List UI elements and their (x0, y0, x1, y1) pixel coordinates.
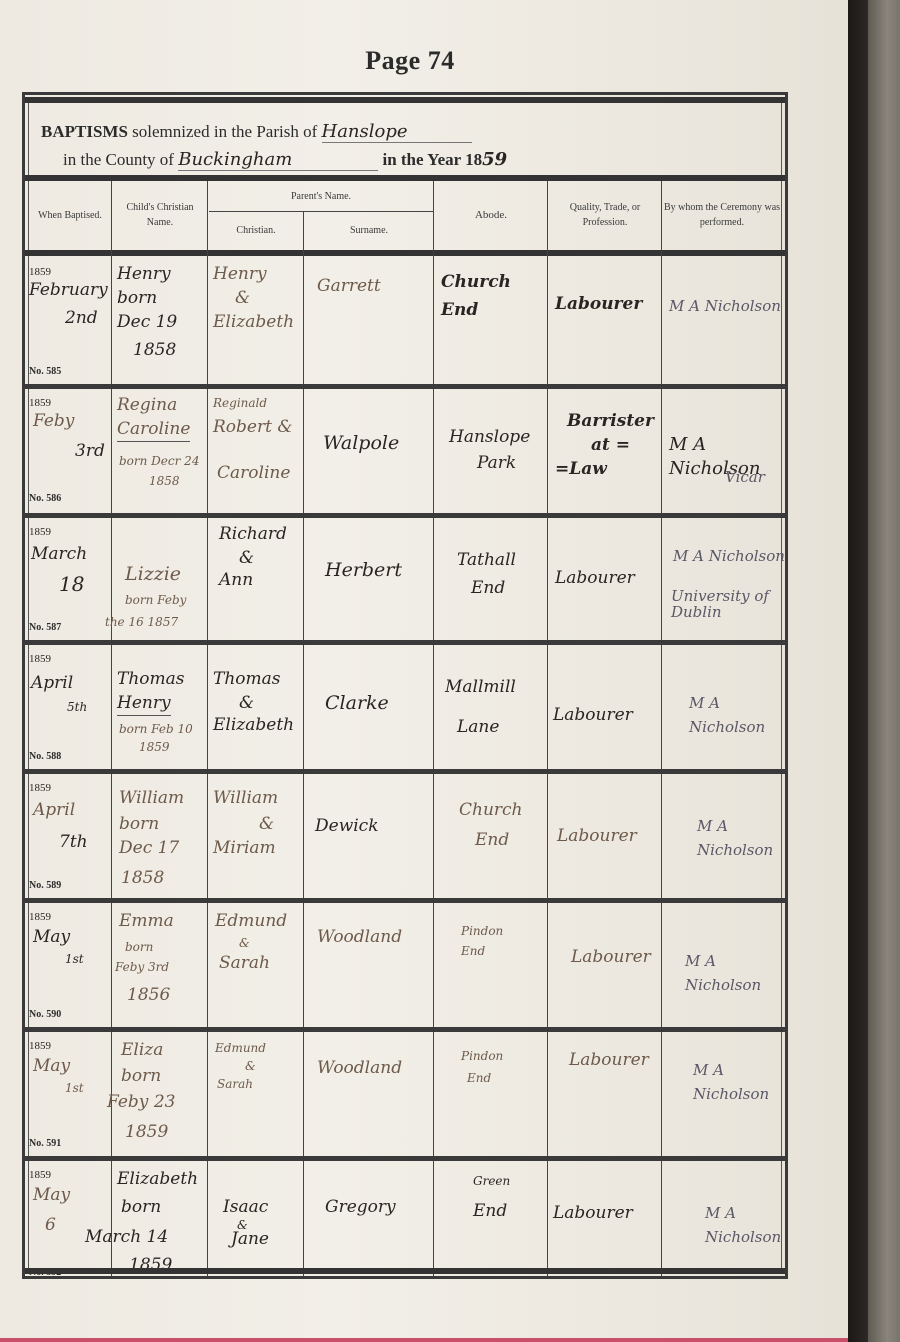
register-entry: 1859 April 5th No. 588 Thomas Henry born… (25, 645, 785, 769)
abode-line-2: End (467, 1070, 491, 1086)
entry-number: No. 590 (29, 1009, 61, 1020)
child-born: born (125, 939, 153, 955)
child-name: Emma (119, 909, 174, 933)
parent-surname: Walpole (323, 431, 399, 455)
header-parents-surname: Surname. (305, 213, 433, 247)
baptisms-heading: BAPTISMS (41, 122, 128, 141)
entry-year: 1859 (29, 518, 51, 544)
parent-surname: Gregory (325, 1195, 396, 1219)
parent-surname: Clarke (325, 691, 389, 715)
parent-and: & (235, 286, 250, 310)
abode-line-2: Park (477, 451, 516, 475)
child-born: born (121, 1195, 161, 1219)
entry-date-month: February (29, 278, 108, 302)
child-name: William (119, 786, 184, 810)
header-officiant: By whom the Ceremony was performed. (663, 183, 781, 247)
parent-and: & (239, 546, 254, 570)
entry-number: No. 589 (29, 880, 61, 891)
parent-mother: Ann (219, 568, 253, 592)
entry-year: 1859 (29, 645, 51, 671)
abode-line-2: End (441, 298, 478, 322)
parent-father: Richard (219, 522, 287, 546)
child-name: Regina (117, 393, 177, 417)
officiant-signature: M A Nicholson (673, 544, 785, 568)
title-line-1: BAPTISMS solemnized in the Parish of Han… (41, 121, 472, 143)
abode-line-2: End (475, 828, 509, 852)
profession: Labourer (553, 703, 633, 727)
parent-mother: Miriam (213, 836, 276, 860)
officiant-signature: M A Nicholson (669, 294, 781, 318)
header-childs-name: Child's Christian Name. (113, 183, 207, 247)
abode-line-1: Church (459, 798, 523, 822)
parent-mother: Jane (231, 1227, 269, 1251)
child-born: born (119, 812, 159, 836)
parents-divider (209, 211, 433, 212)
entry-date-month: March (31, 542, 87, 566)
abode-line-1: Tathall (457, 548, 516, 572)
parent-mother: Caroline (217, 461, 290, 485)
entry-date-day: 18 (59, 572, 84, 596)
abode-line-1: Pindon (461, 923, 503, 939)
child-name: Henry (117, 262, 171, 286)
adjacent-page-edge (868, 0, 900, 1342)
abode-line-2: End (473, 1199, 507, 1223)
parent-and: & (239, 935, 250, 951)
register-entry: 1859 May 6 No. 592 Elizabeth born March … (25, 1161, 785, 1276)
child-born: born (117, 286, 157, 310)
child-name: Thomas (117, 667, 185, 691)
child-birth-year: 1858 (133, 338, 176, 362)
parent-mother: Elizabeth (213, 713, 294, 737)
parish-name: Hanslope (322, 121, 472, 143)
child-birth-year: 1858 (121, 866, 164, 890)
register-entry: 1859 April 7th No. 589 William born Dec … (25, 774, 785, 898)
entry-date-day: 1st (65, 951, 84, 967)
entry-date-day: 3rd (75, 439, 105, 463)
book-binding-gutter (848, 0, 868, 1342)
parent-father: Isaac (223, 1195, 268, 1219)
entry-year: 1859 (29, 774, 51, 800)
child-birth-date: born Decr 24 (119, 453, 199, 469)
header-parents-name: Parent's Name. (209, 183, 433, 209)
header-rule (25, 175, 785, 181)
officiant-signature: M A Nicholson (693, 1058, 785, 1106)
title-text-3: in the Year 18 (382, 150, 482, 169)
abode-line-1: Church (441, 270, 511, 294)
parent-mother: Elizabeth (213, 310, 294, 334)
parent-and: Robert & (213, 415, 292, 439)
child-birth-date: born Feb 10 (119, 721, 193, 737)
child-birth-year: 1859 (139, 739, 170, 755)
parent-mother: Sarah (219, 951, 270, 975)
parent-surname: Woodland (317, 1056, 402, 1080)
title-text-2: in the County of (63, 150, 174, 169)
officiant-title: Vicar (725, 469, 765, 485)
parent-and: & (259, 812, 274, 836)
entry-date-day: 1st (65, 1080, 84, 1096)
profession: Labourer (569, 1048, 649, 1072)
entry-date-day: 6 (45, 1213, 56, 1237)
abode-line-1: Pindon (461, 1048, 503, 1064)
register-title: BAPTISMS solemnized in the Parish of Han… (35, 109, 775, 175)
parent-surname: Herbert (325, 558, 402, 582)
child-name-2: Caroline (117, 417, 190, 442)
parent-father: Henry (213, 262, 267, 286)
parent-father: William (213, 786, 278, 810)
entry-date-month: Feby (33, 409, 74, 433)
parent-and: & (239, 691, 254, 715)
title-line-2: in the County of Buckingham in the Year … (63, 149, 507, 171)
child-born: born (121, 1064, 161, 1088)
officiant-signature: M A Nicholson (697, 814, 785, 862)
officiant-signature: M A Nicholson (705, 1201, 785, 1249)
parent-surname: Woodland (317, 925, 402, 949)
child-birth-date: Dec 17 (119, 836, 179, 860)
entry-date-month: April (33, 798, 75, 822)
profession: Labourer (571, 945, 651, 969)
entry-number: No. 588 (29, 751, 61, 762)
header-parents-christian: Christian. (209, 213, 303, 247)
abode-line-2: Lane (457, 715, 499, 739)
child-born: born Feby (125, 592, 186, 608)
child-birth-date: Feby 3rd (115, 959, 169, 975)
header-profession: Quality, Trade, or Profession. (549, 183, 661, 247)
parent-father: Edmund (215, 1040, 266, 1056)
child-birth-date: March 14 (85, 1225, 168, 1249)
parent-and: & (245, 1058, 256, 1074)
entry-number: No. 585 (29, 366, 61, 377)
child-name: Elizabeth (117, 1167, 198, 1191)
abode-line-1: Hanslope (449, 425, 530, 449)
header-when-baptised: When Baptised. (29, 183, 111, 247)
child-birth-date: Feby 23 (107, 1090, 175, 1114)
entry-number: No. 591 (29, 1138, 61, 1149)
entry-date-month: May (33, 1054, 70, 1078)
parent-father: Reginald (213, 395, 267, 411)
abode-line-1: Mallmill (445, 675, 516, 699)
profession: Labourer (557, 824, 637, 848)
officiant-signature: M A Nicholson (689, 691, 785, 739)
child-birth-year: 1859 (125, 1120, 168, 1144)
officiant-university: University of Dublin (671, 588, 785, 620)
header-abode: Abode. (435, 183, 547, 247)
entry-date-day: 5th (67, 699, 87, 715)
register-entry: 1859 May 1st No. 590 Emma born Feby 3rd … (25, 903, 785, 1027)
profession: Labourer (555, 292, 642, 316)
abode-line-2: End (471, 576, 505, 600)
register-entry: 1859 March 18 No. 587 Lizzie born Feby t… (25, 518, 785, 640)
register-entry: 1859 Feby 3rd No. 586 Regina Caroline bo… (25, 389, 785, 513)
baptism-register-table: BAPTISMS solemnized in the Parish of Han… (22, 92, 788, 1279)
child-name-2: Henry (117, 691, 171, 716)
parent-surname: Dewick (315, 814, 379, 838)
officiant-signature: M A Nicholson (685, 949, 785, 997)
profession: Barrister (567, 409, 654, 433)
child-birth-year: 1856 (127, 983, 170, 1007)
child-name: Lizzie (125, 562, 181, 586)
register-entry: 1859 May 1st No. 591 Eliza born Feby 23 … (25, 1032, 785, 1156)
page-number: Page 74 (0, 46, 820, 76)
child-name: Eliza (121, 1038, 163, 1062)
abode-line-2: End (461, 943, 485, 959)
entry-date-day: 2nd (65, 306, 98, 330)
entry-number: No. 587 (29, 622, 61, 633)
top-rule (25, 97, 785, 103)
year-handwritten: 59 (482, 149, 507, 170)
register-entry: 1859 February 2nd No. 585 Henry born Dec… (25, 256, 785, 384)
profession-2: at = (591, 433, 630, 457)
register-page: Page 74 BAPTISMS solemnized in the Paris… (0, 0, 848, 1342)
bottom-rule (25, 1268, 785, 1274)
title-text-1: solemnized in the Parish of (132, 122, 317, 141)
entry-date-month: April (31, 671, 73, 695)
parent-surname: Garrett (317, 274, 381, 298)
entry-date-month: May (33, 1183, 70, 1207)
profession: Labourer (553, 1201, 633, 1225)
entry-number: No. 586 (29, 493, 61, 504)
child-birth-year: 1858 (149, 473, 180, 489)
abode-line-1: Green (473, 1173, 510, 1189)
profession-3: =Law (555, 457, 607, 481)
county-name: Buckingham (178, 149, 378, 171)
entry-date-month: May (33, 925, 70, 949)
entry-date-day: 7th (59, 830, 88, 854)
child-birth-date: the 16 1857 (105, 614, 178, 630)
child-birth-date: Dec 19 (117, 310, 177, 334)
parent-father: Edmund (215, 909, 287, 933)
parent-mother: Sarah (217, 1076, 253, 1092)
parent-father: Thomas (213, 667, 281, 691)
profession: Labourer (555, 566, 635, 590)
